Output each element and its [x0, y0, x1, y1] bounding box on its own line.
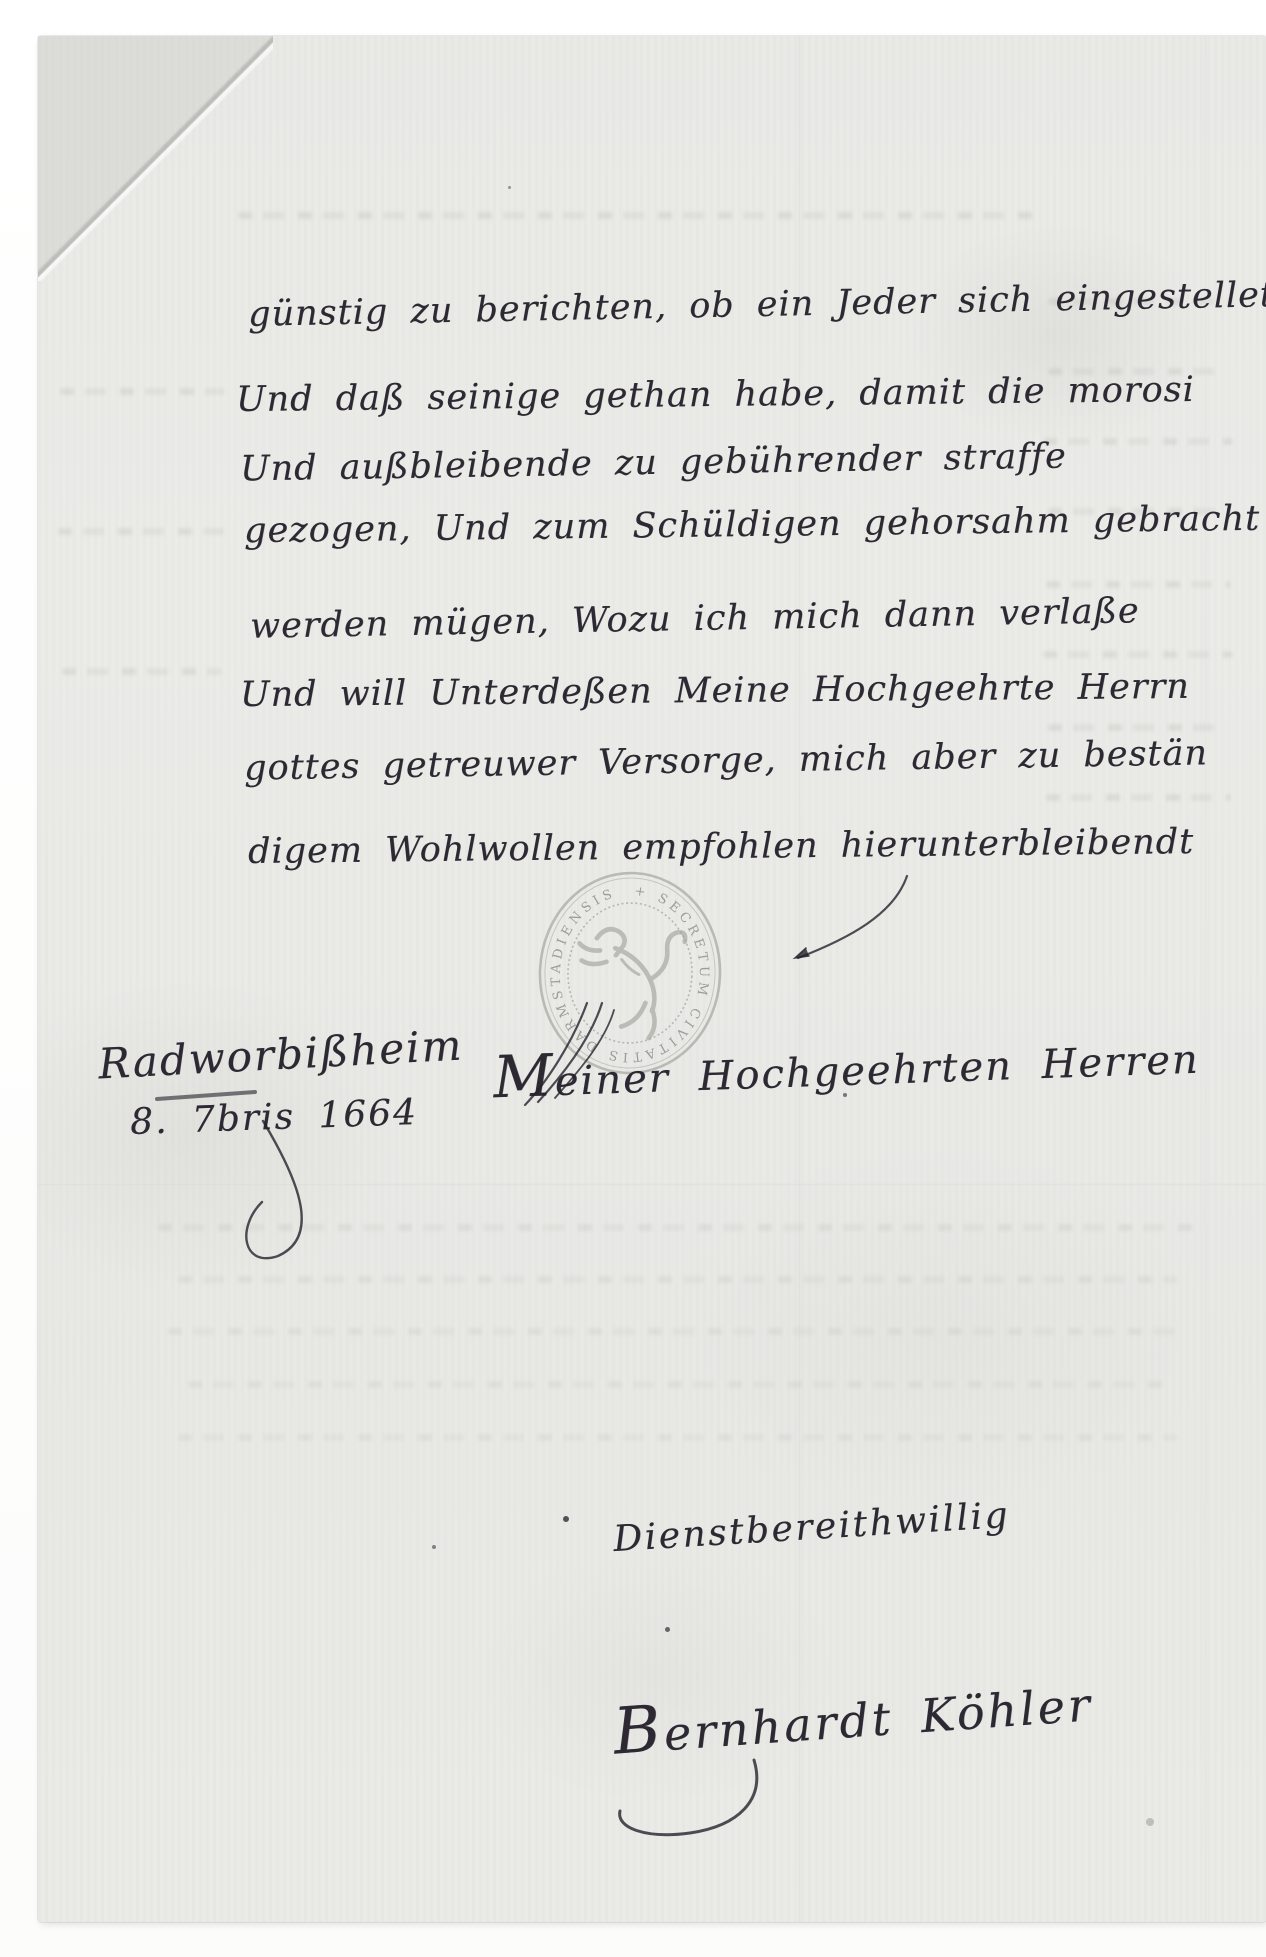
ink-bleedthrough: [158, 1224, 1198, 1231]
ink-bleedthrough: [178, 1276, 1178, 1283]
ink-bleedthrough: [58, 528, 228, 535]
ink-bleedthrough: [168, 1328, 1188, 1335]
ink-speck: [843, 1093, 847, 1097]
dateline-place: Radworbißheim: [97, 1024, 464, 1085]
manuscript-line: gezogen, Und zum Schüldigen gehorsahm ge…: [244, 502, 1260, 549]
ink-bleedthrough: [188, 1381, 1168, 1388]
manuscript-line: Und daß seinige gethan habe, damit die m…: [236, 373, 1195, 418]
ink-bleedthrough: [62, 668, 222, 675]
ink-speck: [563, 1516, 569, 1522]
ink-bleedthrough: [238, 212, 1038, 219]
scanned-letter-page: günstig zu berichten, ob ein Jeder sich …: [0, 0, 1266, 1957]
ink-bleedthrough: [1043, 438, 1233, 445]
paper-sheet: günstig zu berichten, ob ein Jeder sich …: [38, 36, 1266, 1922]
manuscript-line: günstig zu berichten, ob ein Jeder sich …: [248, 278, 1266, 333]
ink-bleedthrough: [1043, 651, 1233, 658]
ink-bleedthrough: [1048, 724, 1228, 731]
ink-speck: [665, 1627, 670, 1632]
manuscript-line: werden mügen, Wozu ich mich dann verlaße: [250, 594, 1140, 645]
fold-crease-vertical: [1204, 36, 1207, 1922]
lion-rampant-icon: [575, 927, 686, 1040]
ink-bleedthrough: [178, 1434, 1178, 1441]
ink-bleedthrough: [1046, 581, 1231, 588]
ink-speck: [432, 1545, 436, 1549]
manuscript-line: Und außbleibende zu gebührender straffe: [240, 440, 1067, 488]
manuscript-line: gottes getreuwer Versorge, mich aber zu …: [244, 736, 1208, 786]
manuscript-line: Und will Unterdeßen Meine Hochgeehrte He…: [240, 670, 1190, 713]
fold-crease-corner: [38, 36, 273, 281]
ink-bleedthrough: [60, 388, 225, 395]
ink-speck: [508, 186, 511, 189]
valediction: Dienstbereithwillig: [612, 1498, 1011, 1558]
signature: Bernhardt Köhler: [611, 1667, 1094, 1764]
fold-crease-horizontal: [38, 1183, 1266, 1186]
ink-speck: [1146, 1818, 1154, 1826]
ink-bleedthrough: [1046, 794, 1231, 801]
dateline-date: 8. 7bris 1664: [129, 1095, 418, 1141]
manuscript-line: digem Wohlwollen empfohlen hierunterblei…: [248, 825, 1194, 870]
